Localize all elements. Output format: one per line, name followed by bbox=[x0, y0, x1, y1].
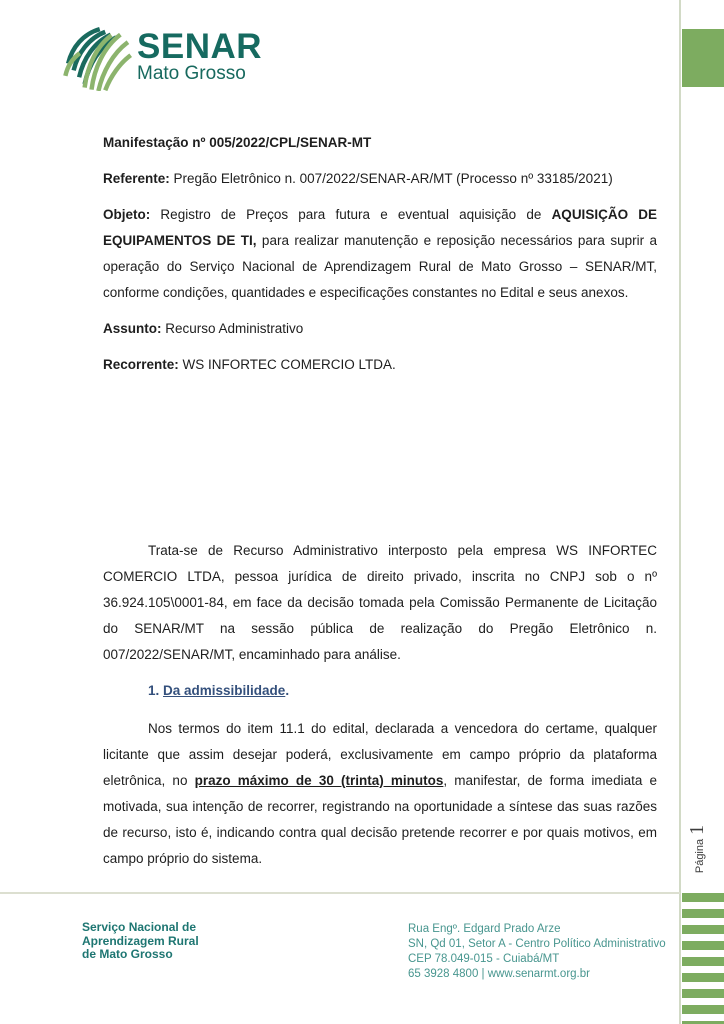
text-line: Rua Engº. Edgard Prado Arze bbox=[408, 922, 666, 937]
text-segment: Manifestação nº 005/2022/CPL/SENAR-MT bbox=[103, 135, 371, 150]
page-number-value: 1 bbox=[686, 825, 709, 835]
document-body: Manifestação nº 005/2022/CPL/SENAR-MTRef… bbox=[103, 130, 657, 882]
text-segment: Pregão Eletrônico n. 007/2022/SENAR-AR/M… bbox=[170, 171, 613, 186]
page-number: Página 1 bbox=[686, 812, 708, 886]
paragraph: Assunto: Recurso Administrativo bbox=[103, 316, 657, 342]
page-number-label: Página bbox=[694, 839, 706, 873]
brand-name: SENAR bbox=[137, 32, 262, 62]
logo-text: SENAR Mato Grosso bbox=[137, 25, 262, 84]
text-segment: Assunto: bbox=[103, 321, 162, 336]
senar-logo: SENAR Mato Grosso bbox=[62, 25, 262, 91]
document-page: Página 1 SENAR Mato Grosso Manifesta bbox=[0, 0, 724, 1024]
text-segment: Trata-se de Recurso Administrativo inter… bbox=[103, 543, 657, 662]
paragraph: Recorrente: WS INFORTEC COMERCIO LTDA. bbox=[103, 352, 657, 378]
text-segment: Da admissibilidade bbox=[163, 683, 285, 698]
text-line: 65 3928 4800 | www.senarmt.org.br bbox=[408, 967, 666, 982]
text-line: Serviço Nacional de bbox=[82, 921, 199, 935]
text-segment: 1. bbox=[148, 683, 163, 698]
section-heading: 1. Da admissibilidade. bbox=[103, 678, 657, 704]
text-line: SN, Qd 01, Setor A - Centro Político Adm… bbox=[408, 937, 666, 952]
stripe-pattern bbox=[682, 893, 724, 1024]
vertical-rule-line bbox=[679, 0, 681, 1024]
text-segment: prazo máximo de 30 (trinta) minutos bbox=[195, 773, 444, 788]
paragraph: Nos termos do item 11.1 do edital, decla… bbox=[103, 716, 657, 872]
paragraph: Objeto: Registro de Preços para futura e… bbox=[103, 202, 657, 306]
footer-address: Rua Engº. Edgard Prado ArzeSN, Qd 01, Se… bbox=[408, 922, 666, 982]
text-segment: Recorrente: bbox=[103, 357, 179, 372]
accent-bar bbox=[682, 29, 724, 87]
text-segment: Objeto: bbox=[103, 207, 150, 222]
paragraph: Trata-se de Recurso Administrativo inter… bbox=[103, 538, 657, 668]
text-segment: . bbox=[285, 683, 289, 698]
text-segment: Recurso Administrativo bbox=[162, 321, 304, 336]
text-segment: Registro de Preços para futura e eventua… bbox=[150, 207, 551, 222]
text-line: Aprendizagem Rural bbox=[82, 935, 199, 949]
wheat-sheaf-icon bbox=[62, 25, 132, 91]
text-line: de Mato Grosso bbox=[82, 948, 199, 962]
footer-org: Serviço Nacional deAprendizagem Ruralde … bbox=[82, 921, 199, 962]
text-segment: Referente: bbox=[103, 171, 170, 186]
text-line: CEP 78.049-015 - Cuiabá/MT bbox=[408, 952, 666, 967]
paragraph: Manifestação nº 005/2022/CPL/SENAR-MT bbox=[103, 130, 657, 156]
paragraph: Referente: Pregão Eletrônico n. 007/2022… bbox=[103, 166, 657, 192]
footer-divider bbox=[0, 892, 680, 894]
brand-region: Mato Grosso bbox=[137, 63, 262, 84]
text-segment: WS INFORTEC COMERCIO LTDA. bbox=[179, 357, 396, 372]
